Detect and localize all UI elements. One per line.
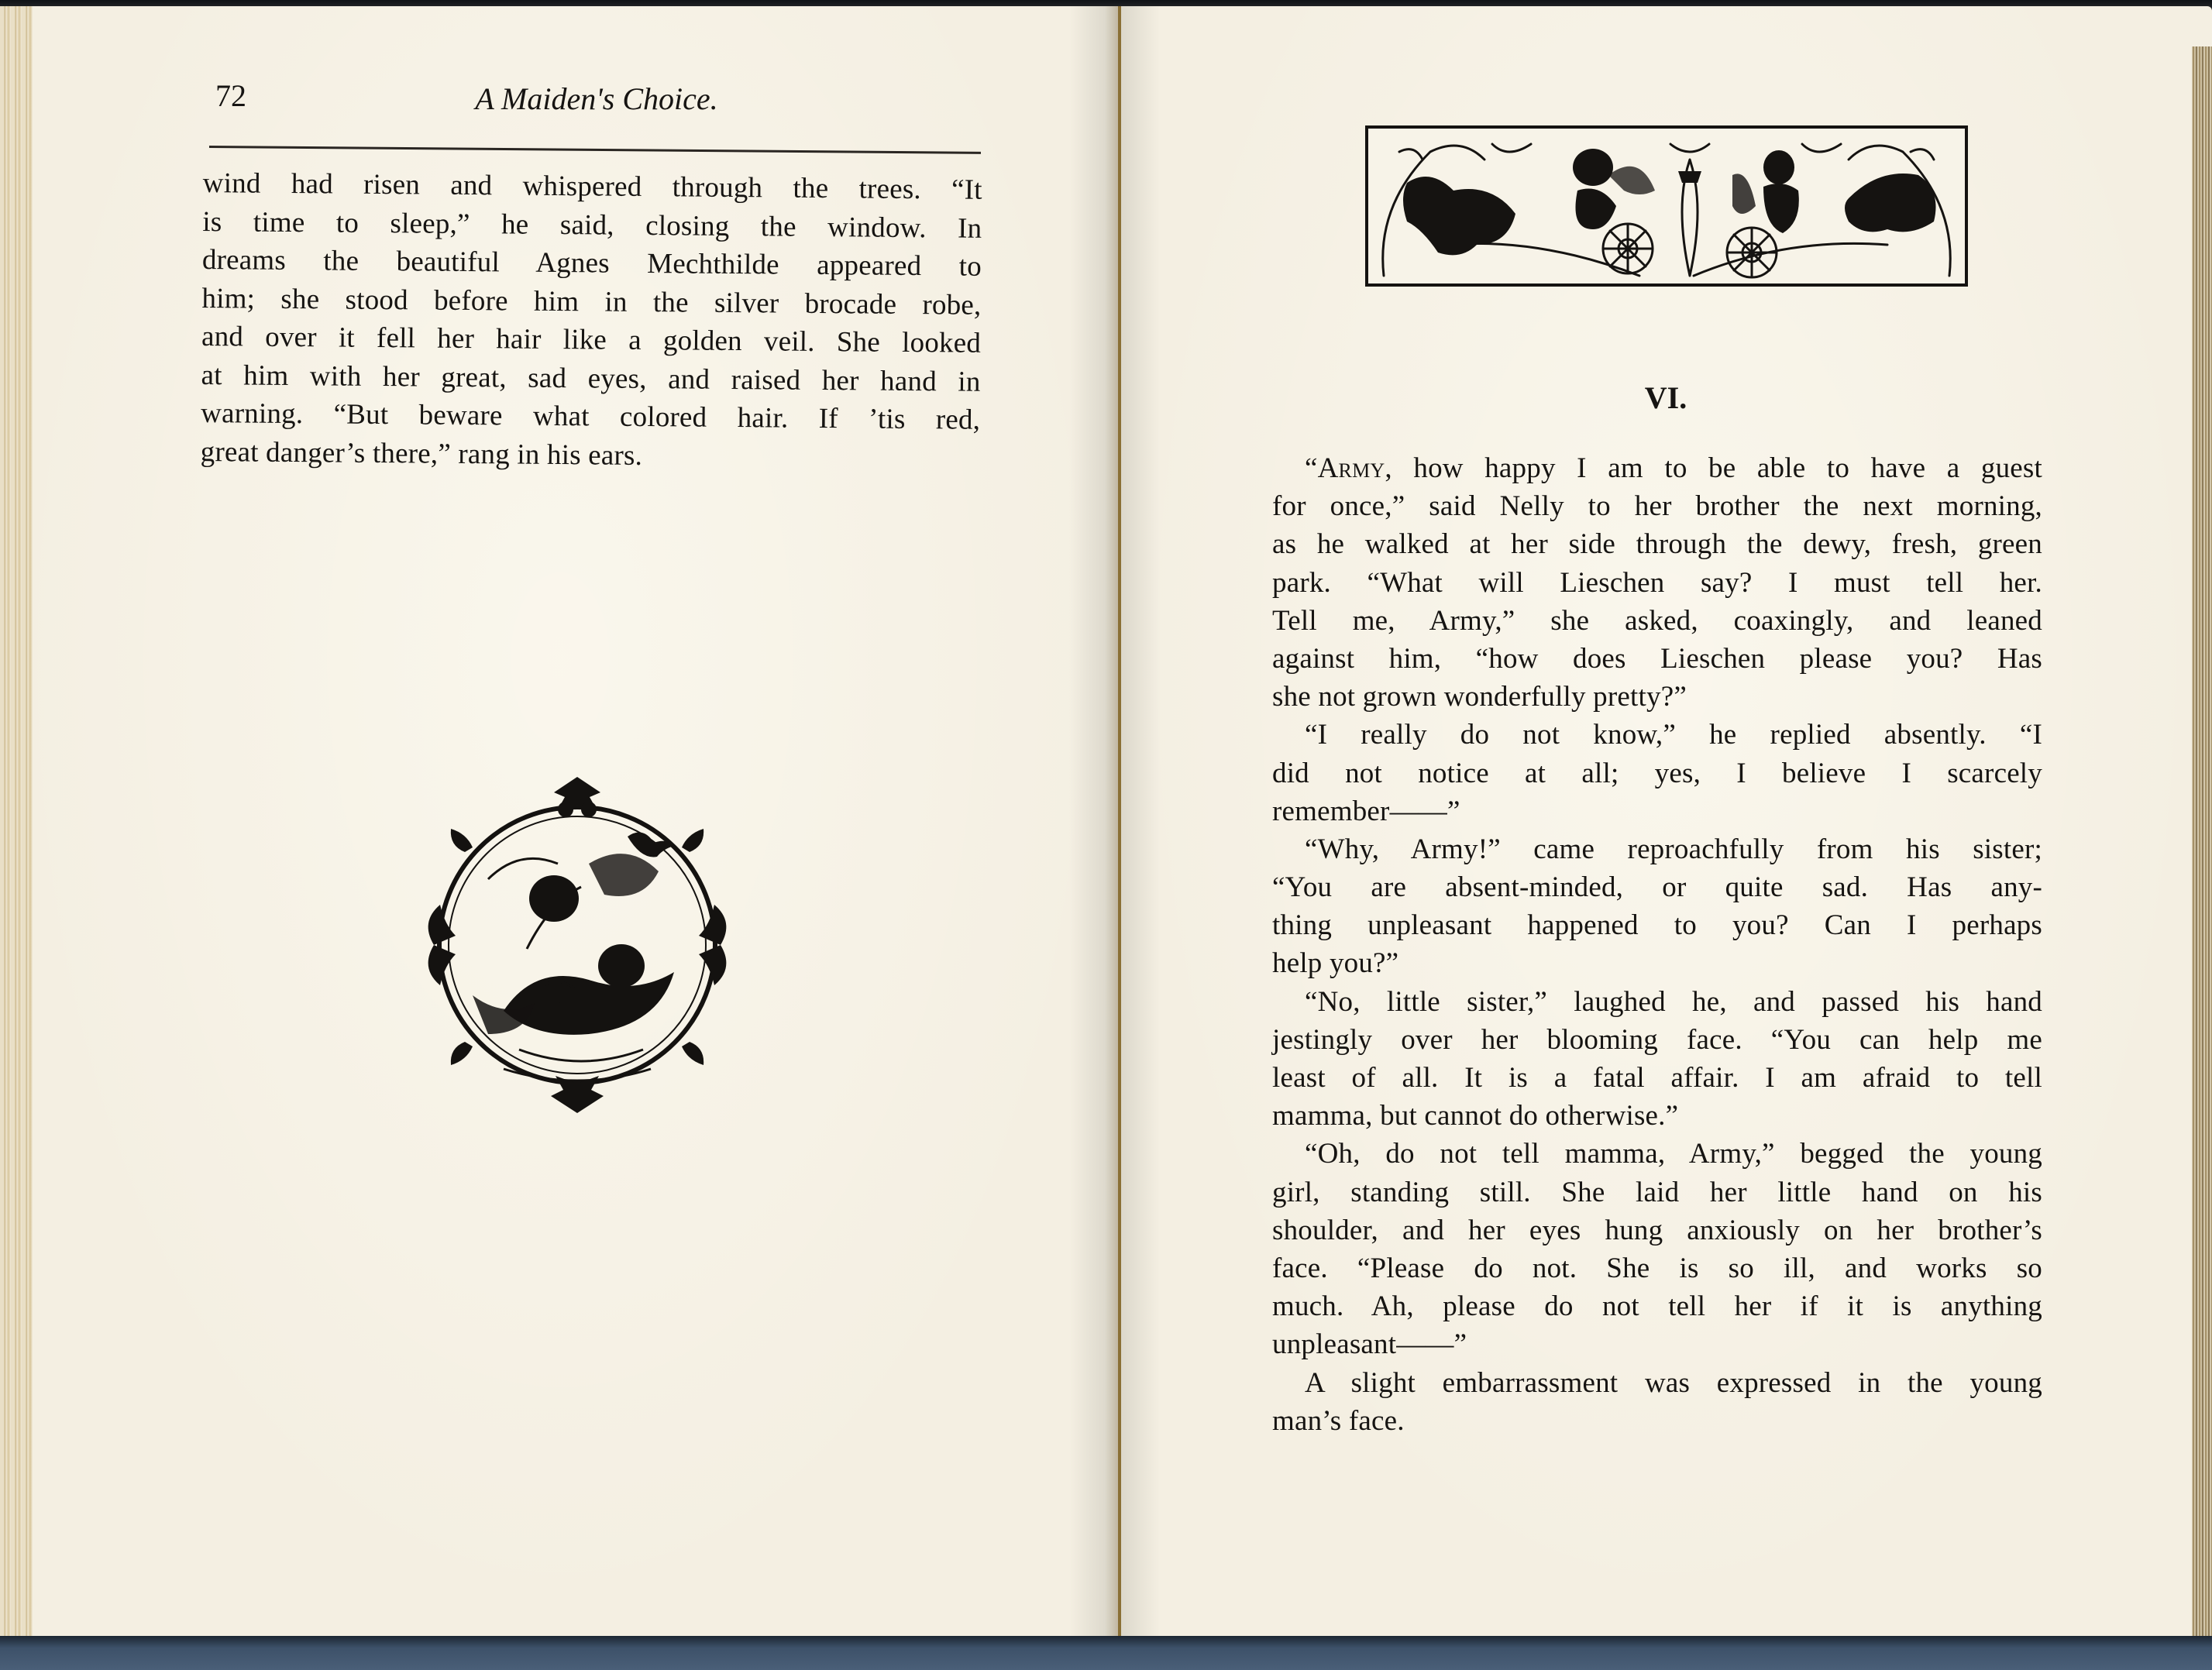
right-page-body: “Army, how happy I am to be able to have… <box>1272 449 2042 1440</box>
smallcaps-name: Army <box>1318 452 1385 484</box>
text-line: “Army, how happy I am to be able to have… <box>1272 449 2042 487</box>
text-line: at him with her great, sad eyes, and rai… <box>201 356 980 400</box>
gutter-shadow <box>1069 6 1120 1637</box>
text-line: is time to sleep,” he said, closing the … <box>202 202 982 247</box>
text-line: thing unpleasant happened to you? Can I … <box>1272 906 2042 944</box>
text-line: much. Ah, please do not tell her if it i… <box>1272 1287 2042 1325</box>
text-line: against him, “how does Lieschen please y… <box>1272 640 2042 678</box>
right-page-stack-edges <box>2192 46 2212 1636</box>
text-line: him; she stood before him in the silver … <box>201 279 981 324</box>
text-line: warning. “But beware what colored hair. … <box>201 394 980 439</box>
text-line: jestingly over her blooming face. “You c… <box>1272 1021 2042 1059</box>
text-line: wind had risen and whispered through the… <box>203 164 982 209</box>
chapter-heading: VI. <box>1588 380 1743 416</box>
page-number: 72 <box>215 77 246 114</box>
gutter-binding <box>1118 6 1121 1637</box>
text-line: help you?” <box>1272 944 2042 982</box>
text-line: “Oh, do not tell mamma, Army,” begged th… <box>1272 1135 2042 1173</box>
text-line: girl, standing still. She laid her littl… <box>1272 1173 2042 1211</box>
text-line: dreams the beautiful Agnes Mechthilde ap… <box>202 241 982 286</box>
text-line: park. “What will Lieschen say? I must te… <box>1272 564 2042 602</box>
text-line: “No, little sister,” laughed he, and pas… <box>1272 983 2042 1021</box>
text-line: mamma, but cannot do otherwise.” <box>1272 1097 2042 1135</box>
left-page-stack-edges <box>0 6 33 1636</box>
text-line: face. “Please do not. She is so ill, and… <box>1272 1249 2042 1287</box>
headpiece-banner <box>1365 125 1968 287</box>
text-line: shoulder, and her eyes hung anxiously on… <box>1272 1211 2042 1249</box>
text-line: and over it fell her hair like a golden … <box>201 318 981 363</box>
chariot-woodcut-icon <box>1368 129 1965 283</box>
gutter-shadow-right <box>1121 6 1160 1637</box>
book-cover-bottom-edge <box>0 1636 2212 1670</box>
text-line: man’s face. <box>1272 1402 2042 1440</box>
tailpiece-ornament-icon <box>411 763 744 1119</box>
text-line: “Why, Army!” came reproachfully from his… <box>1272 830 2042 868</box>
running-title: A Maiden's Choice. <box>434 81 759 117</box>
text-line: for once,” said Nelly to her brother the… <box>1272 487 2042 525</box>
text-line: great danger’s there,” rang in his ears. <box>201 432 980 477</box>
text-line: unpleasant——” <box>1272 1325 2042 1363</box>
left-page-body: wind had risen and whispered through the… <box>201 164 982 478</box>
text-line: “I really do not know,” he replied absen… <box>1272 716 2042 754</box>
text-line: did not notice at all; yes, I believe I … <box>1272 754 2042 792</box>
text-line: A slight embarrassment was expressed in … <box>1272 1364 2042 1402</box>
text-line: Tell me, Army,” she asked, coaxingly, an… <box>1272 602 2042 640</box>
text-line: least of all. It is a fatal affair. I am… <box>1272 1059 2042 1097</box>
text-line: “You are absent-minded, or quite sad. Ha… <box>1272 868 2042 906</box>
text-line: as he walked at her side through the dew… <box>1272 525 2042 563</box>
text-line: remember——” <box>1272 792 2042 830</box>
text-line: she not grown wonderfully pretty?” <box>1272 678 2042 716</box>
